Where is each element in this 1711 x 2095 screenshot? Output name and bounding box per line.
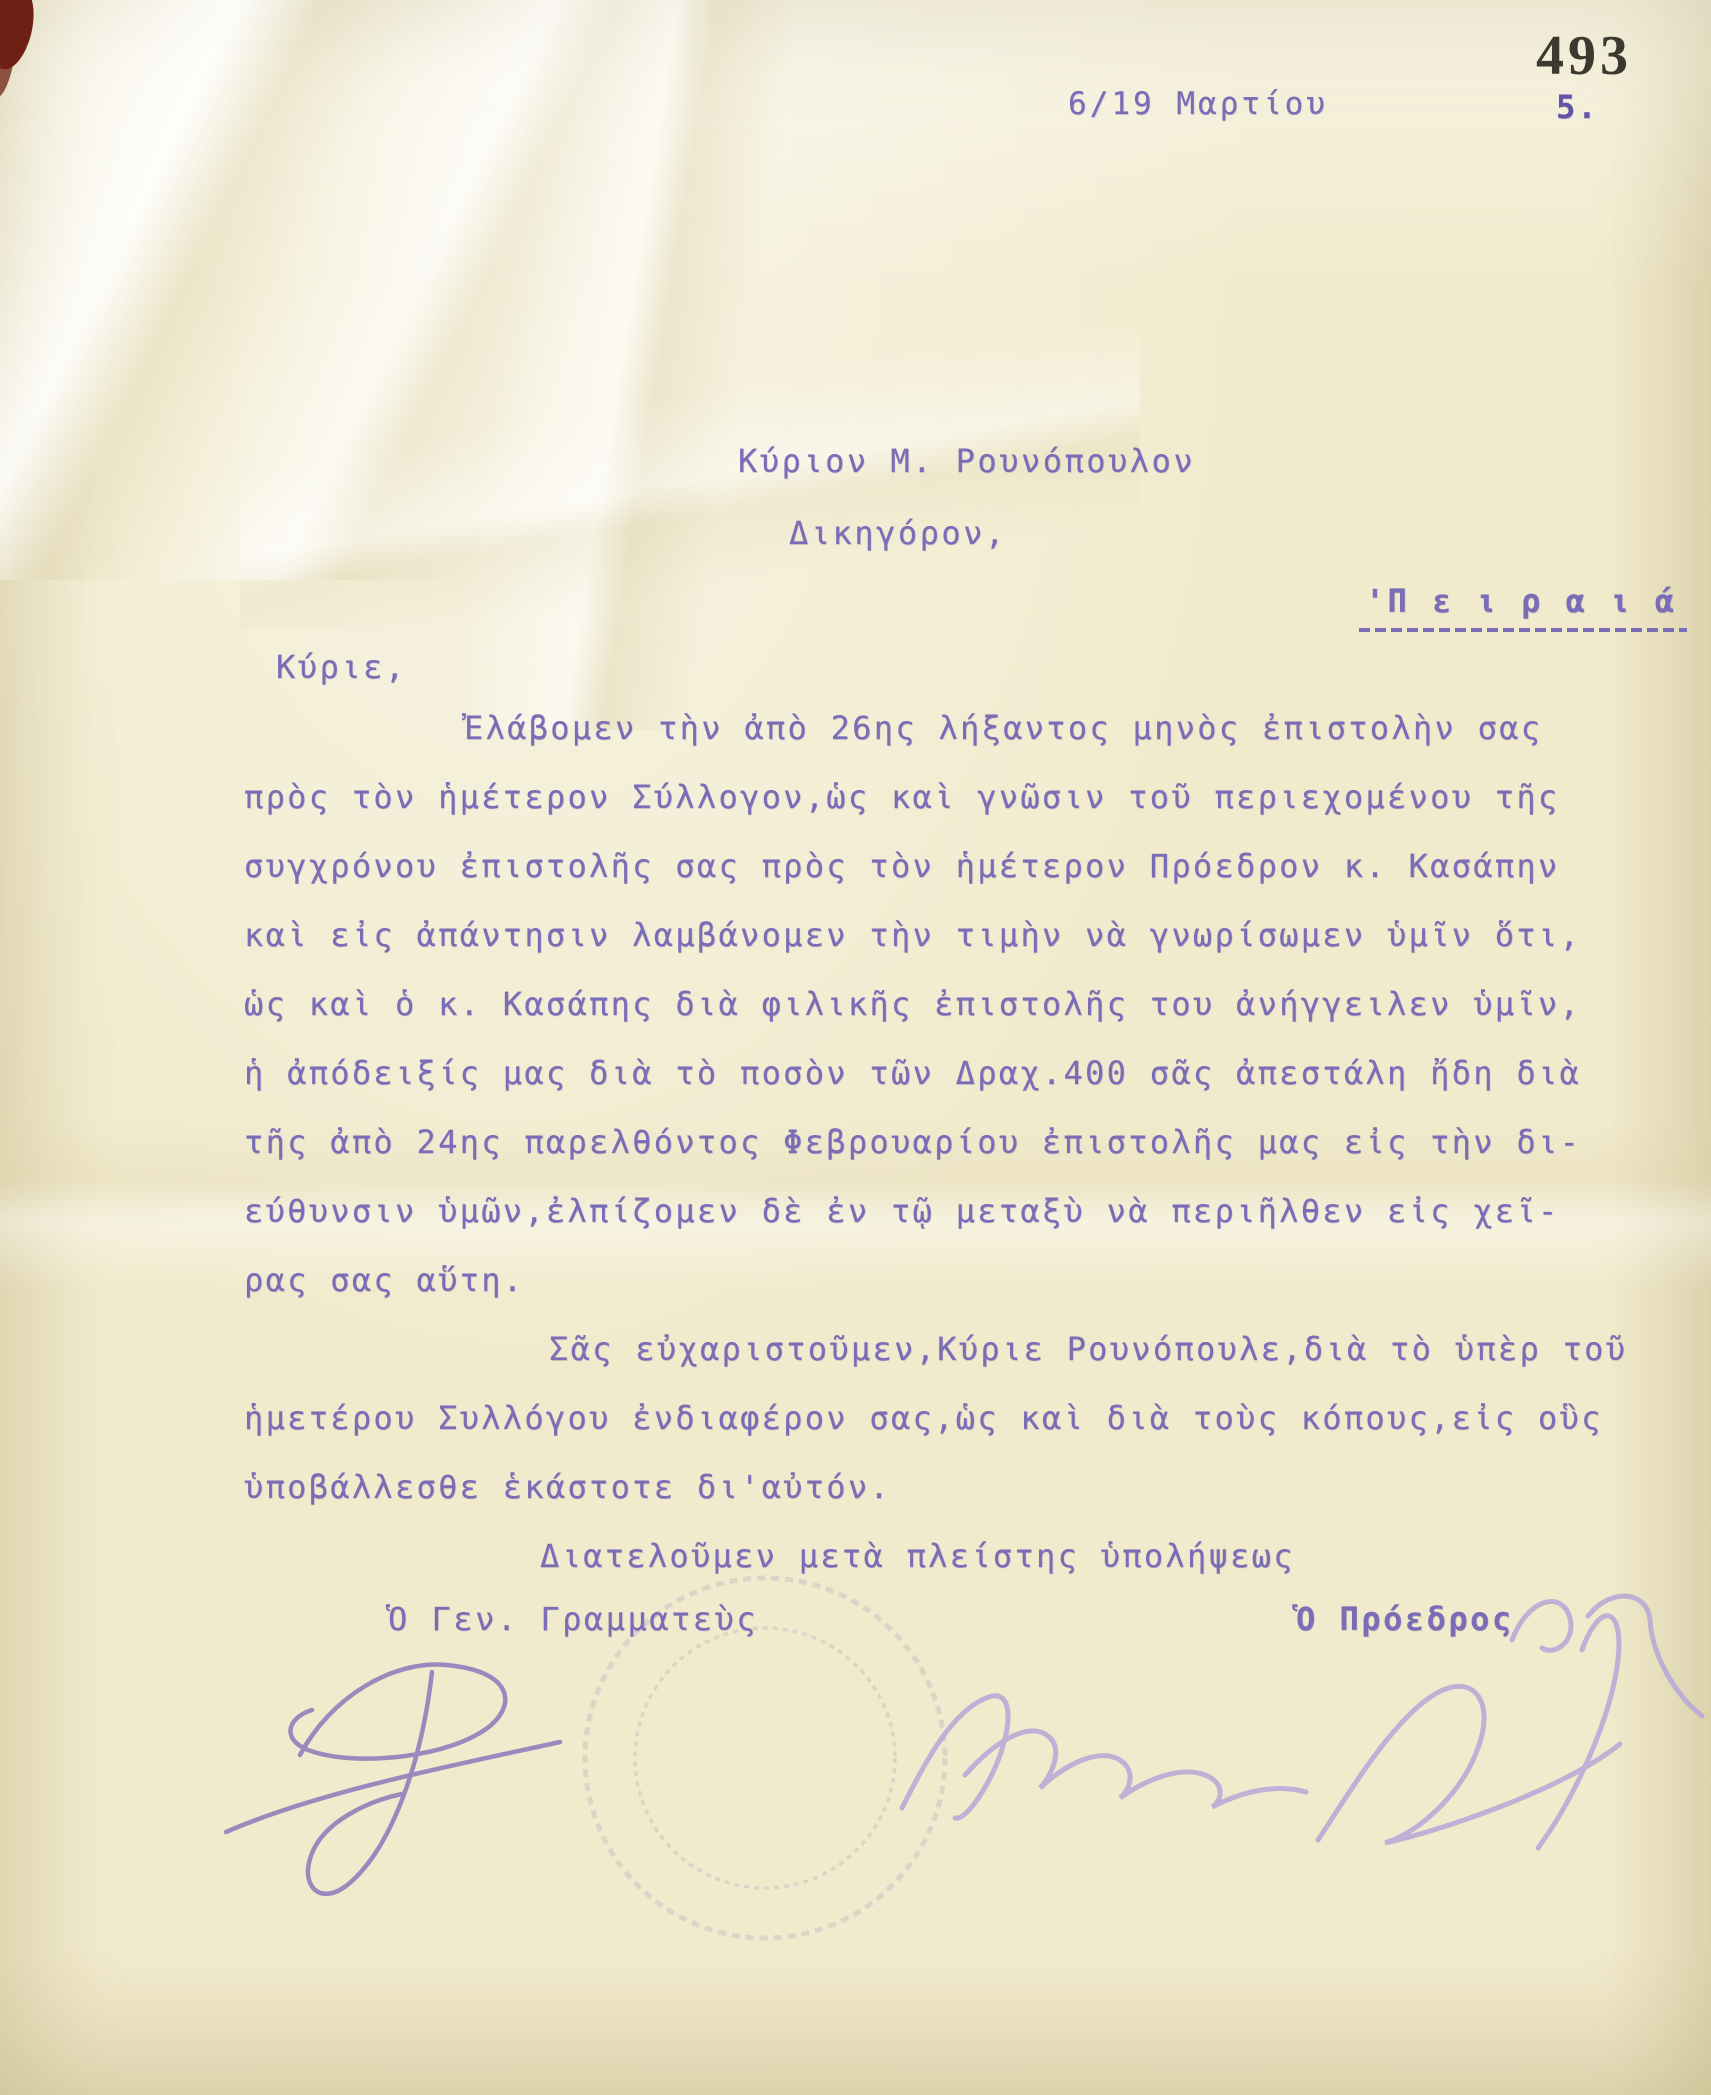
- salutation: Κύριε,: [276, 648, 407, 686]
- registration-number: 493: [1536, 24, 1632, 88]
- president-label: Ὁ Πρόεδρος: [1296, 1600, 1514, 1638]
- closing-line: Διατελοῦμεν μετὰ πλείστης ὑπολήψεως: [244, 1522, 1644, 1591]
- body-line: Σᾶς εὐχαριστοῦμεν,Κύριε Ρουνόπουλε,διὰ τ…: [244, 1315, 1644, 1384]
- secretary-label: Ὁ Γεν. Γραμματεὺς: [388, 1600, 758, 1638]
- letter-page: 493 6/19 Μαρτίου 5. Κύριον Μ. Ρουνόπουλο…: [0, 0, 1711, 2095]
- paper-crease: [0, 0, 700, 580]
- secretary-signature: [226, 1665, 560, 1894]
- date: 6/19 Μαρτίου: [1068, 86, 1328, 122]
- addressee-place: 'Π ε ι ρ α ι ά: [1359, 582, 1687, 632]
- body-line: ὑποβάλλεσθε ἑκάστοτε δι'αὐτόν.: [244, 1453, 1644, 1522]
- addressee-title: Δικηγόρον,: [789, 514, 1007, 552]
- body-line: ἡ ἀπόδειξίς μας διὰ τὸ ποσὸν τῶν Δραχ.40…: [244, 1039, 1644, 1108]
- body-line: συγχρόνου ἐπιστολῆς σας πρὸς τὸν ἡμέτερο…: [244, 832, 1644, 901]
- paper-crease: [240, 330, 1140, 630]
- page-number: 5.: [1556, 88, 1599, 126]
- body-line: Ἐλάβομεν τὴν ἀπὸ 26ης λήξαντος μηνὸς ἐπι…: [244, 694, 1644, 763]
- body-line: πρὸς τὸν ἡμέτερον Σύλλογον,ὡς καὶ γνῶσιν…: [244, 763, 1644, 832]
- paper-crease: [470, 0, 800, 730]
- letter-body: Ἐλάβομεν τὴν ἀπὸ 26ης λήξαντος μηνὸς ἐπι…: [244, 694, 1644, 1591]
- body-line: καὶ εἰς ἀπάντησιν λαμβάνομεν τὴν τιμὴν ν…: [244, 901, 1644, 970]
- addressee-name: Κύριον Μ. Ρουνόπουλον: [738, 442, 1195, 480]
- body-line: ὡς καὶ ὁ κ. Κασάπης διὰ φιλικῆς ἐπιστολῆ…: [244, 970, 1644, 1039]
- body-line: ἡμετέρου Συλλόγου ἐνδιαφέρον σας,ὡς καὶ …: [244, 1384, 1644, 1453]
- corner-stain: [0, 0, 42, 74]
- body-line: εύθυνσιν ὑμῶν,ἐλπίζομεν δὲ ἐν τῷ μεταξὺ …: [244, 1177, 1644, 1246]
- body-line: τῆς ἀπὸ 24ης παρελθόντος Φεβρουαρίου ἐπι…: [244, 1108, 1644, 1177]
- body-line: ρας σας αὕτη.: [244, 1246, 1644, 1315]
